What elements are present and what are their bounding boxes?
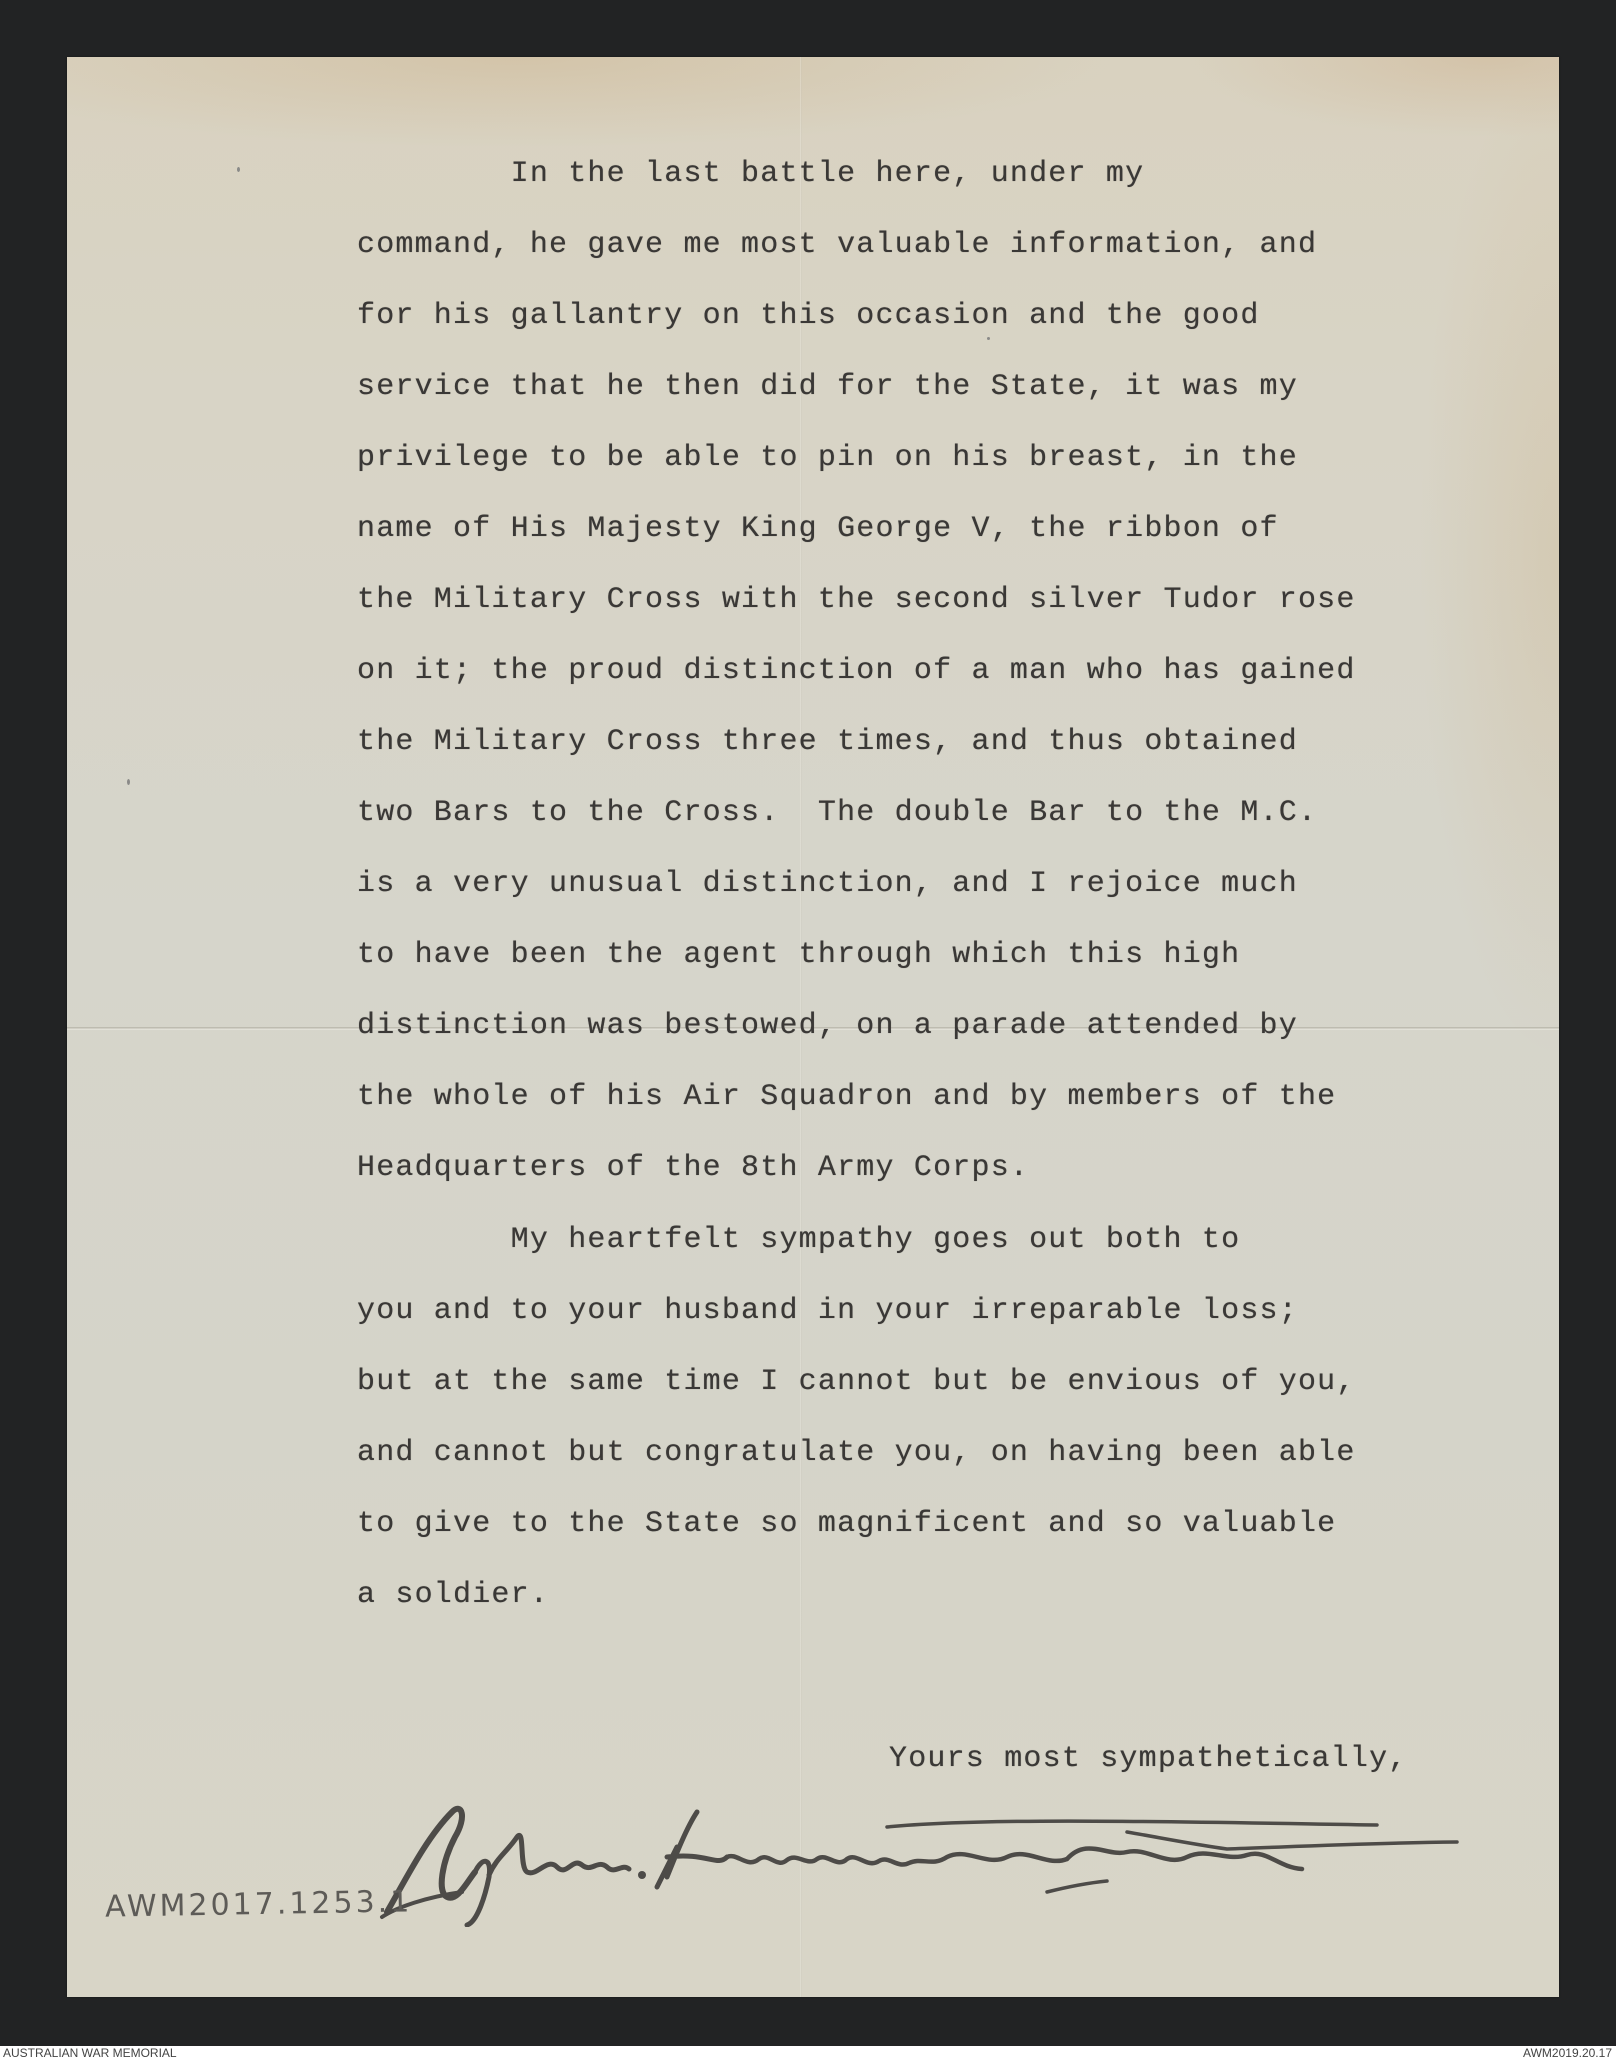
- letter-text-line: name of His Majesty King George V, the r…: [357, 512, 1279, 546]
- letter-text-line: to have been the agent through which thi…: [357, 938, 1240, 972]
- handwritten-signature: Aylmer Hunter-Weston: [367, 1797, 1507, 1927]
- archival-mount-background: In the last battle here, under my comman…: [0, 0, 1616, 2046]
- letter-text-line: the whole of his Air Squadron and by mem…: [357, 1080, 1336, 1114]
- paper-speck: [987, 337, 990, 340]
- letter-text-line: the Military Cross three times, and thus…: [357, 725, 1298, 759]
- letter-text-line: service that he then did for the State, …: [357, 370, 1298, 404]
- letter-text-line: command, he gave me most valuable inform…: [357, 228, 1317, 262]
- letter-text-line: but at the same time I cannot but be env…: [357, 1365, 1356, 1399]
- accession-number-caption: AWM2019.20.17: [1523, 2046, 1612, 2060]
- paper-speck: [127, 779, 130, 785]
- letter-text-line: the Military Cross with the second silve…: [357, 583, 1356, 617]
- letter-text-line: you and to your husband in your irrepara…: [357, 1294, 1298, 1328]
- letter-text-line: for his gallantry on this occasion and t…: [357, 299, 1260, 333]
- letter-text-line: to give to the State so magnificent and …: [357, 1507, 1336, 1541]
- letter-text-line: distinction was bestowed, on a parade at…: [357, 1009, 1298, 1043]
- institution-caption: AUSTRALIAN WAR MEMORIAL: [3, 2046, 177, 2060]
- letter-text-line: and cannot but congratulate you, on havi…: [357, 1436, 1356, 1470]
- letter-text-line: My heartfelt sympathy goes out both to: [357, 1223, 1240, 1257]
- letter-text-line: privilege to be able to pin on his breas…: [357, 441, 1298, 475]
- closing-salutation: Yours most sympathetically,: [889, 1742, 1407, 1776]
- paper-speck: [237, 167, 240, 172]
- pencil-catalogue-number: AWM2017.1253.1: [105, 1884, 413, 1924]
- letter-text-line: a soldier.: [357, 1578, 549, 1612]
- letter-page: In the last battle here, under my comman…: [67, 57, 1559, 1997]
- letter-text-line: is a very unusual distinction, and I rej…: [357, 867, 1298, 901]
- letter-text-line: on it; the proud distinction of a man wh…: [357, 654, 1356, 688]
- letter-text-line: Headquarters of the 8th Army Corps.: [357, 1151, 1029, 1185]
- letter-text-line: two Bars to the Cross. The double Bar to…: [357, 796, 1317, 830]
- letter-text-line: In the last battle here, under my: [357, 157, 1144, 191]
